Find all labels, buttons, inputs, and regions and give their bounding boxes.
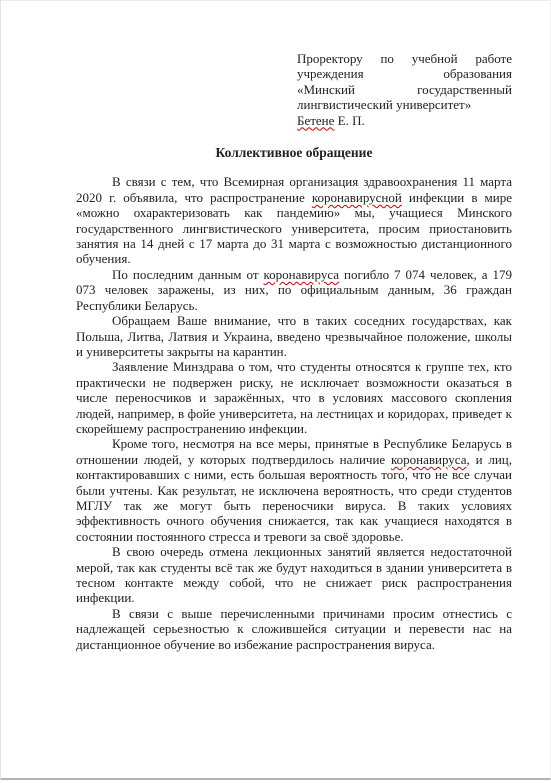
paragraph: По последним данным от коронавируса поги… — [76, 267, 512, 313]
document-page: Проректору по учебной работеучреждения о… — [0, 0, 551, 780]
recipient-line: «Минский государственный — [297, 82, 512, 97]
text-run: В свою очередь отмена лекционных занятий… — [76, 544, 512, 605]
recipient-line: Бетене Е. П. — [297, 113, 512, 128]
document-body: В связи с тем, что Всемирная организация… — [76, 174, 512, 652]
text-run: лингвистический университет» — [297, 97, 471, 112]
text-run: Обращаем Ваше внимание, что в таких сосе… — [76, 313, 512, 359]
paragraph: Обращаем Ваше внимание, что в таких сосе… — [76, 313, 512, 359]
text-run: Е. П. — [334, 113, 364, 128]
misspelled-word: коронавирусной — [312, 190, 402, 205]
text-run: Заявление Минздрава о том, что студенты … — [76, 359, 512, 436]
recipient-line: учреждения образования — [297, 66, 512, 81]
text-run: «Минский государственный — [297, 82, 512, 97]
misspelled-word: коронавируса — [264, 267, 340, 282]
paragraph: Кроме того, несмотря на все меры, принят… — [76, 436, 512, 544]
text-run: По последним данным от — [112, 267, 264, 282]
paragraph: Заявление Минздрава о том, что студенты … — [76, 359, 512, 436]
recipient-block: Проректору по учебной работеучреждения о… — [297, 51, 512, 128]
misspelled-word: коронавируса — [391, 452, 467, 467]
document-title: Коллективное обращение — [76, 145, 512, 160]
text-run: Проректору по учебной работе — [297, 51, 512, 66]
paragraph: В связи с выше перечисленными причинами … — [76, 606, 512, 652]
text-run: В связи с выше перечисленными причинами … — [76, 606, 512, 652]
recipient-line: лингвистический университет» — [297, 97, 512, 112]
misspelled-word: Бетене — [297, 113, 334, 128]
paragraph: В связи с тем, что Всемирная организация… — [76, 174, 512, 266]
recipient-line: Проректору по учебной работе — [297, 51, 512, 66]
text-run: учреждения образования — [297, 66, 512, 81]
paragraph: В свою очередь отмена лекционных занятий… — [76, 544, 512, 606]
